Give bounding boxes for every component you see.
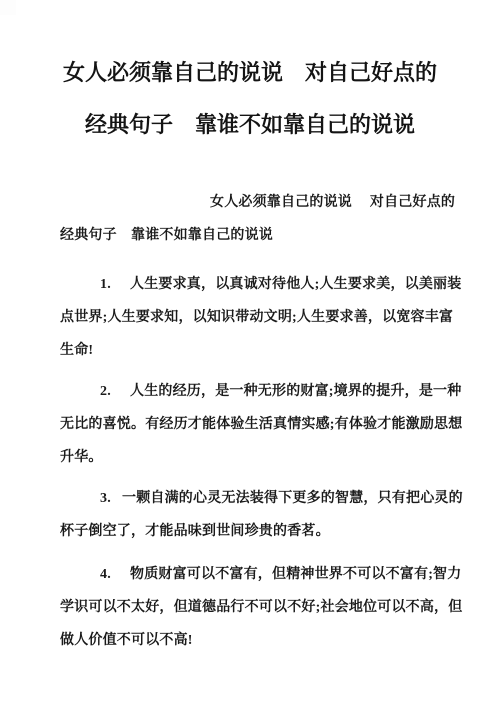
list-item-3-line-2: 杯子倒空了，才能品味到世间珍贵的香茗。 — [60, 515, 450, 548]
list-item-1-marker: 1. — [100, 268, 130, 301]
list-item-1: 1.人生要求真，以真诚对待他人;人生要求美，以美丽装 点世界;人生要求知，以知识… — [60, 268, 450, 367]
list-item-3-line-1: 3.一颗自满的心灵无法装得下更多的智慧，只有把心灵的 — [60, 482, 450, 515]
list-item-1-text: 人生要求真，以真诚对待他人;人生要求美，以美丽装 — [130, 277, 461, 292]
list-item-2-line-3: 升华。 — [60, 441, 450, 474]
list-item-4-marker: 4. — [100, 558, 130, 591]
list-item-3-text: 一颗自满的心灵无法装得下更多的智慧，只有把心灵的 — [122, 491, 463, 506]
corner-artifact — [0, 0, 16, 15]
document-body: 女人必须靠自己的说说 对自己好点的 经典句子 靠谁不如靠自己的说说 1.人生要求… — [0, 186, 500, 657]
list-item-2-marker: 2. — [100, 375, 130, 408]
list-item-3: 3.一颗自满的心灵无法装得下更多的智慧，只有把心灵的 杯子倒空了，才能品味到世间… — [60, 482, 450, 548]
list-item-1-line-1: 1.人生要求真，以真诚对待他人;人生要求美，以美丽装 — [60, 268, 450, 301]
title-line-2: 经典句子 靠谁不如靠自己的说说 — [0, 99, 500, 151]
list-item-4-line-2: 学识可以不太好，但道德品行不可以不好;社会地位可以不高，但 — [60, 591, 450, 624]
document-page: 女人必须靠自己的说说 对自己好点的 经典句子 靠谁不如靠自己的说说 女人必须靠自… — [0, 0, 500, 707]
subtitle-paragraph: 女人必须靠自己的说说 对自己好点的 经典句子 靠谁不如靠自己的说说 — [60, 186, 450, 252]
list-item-2-line-2: 无比的喜悦。有经历才能体验生活真情实感;有体验才能激励思想 — [60, 408, 450, 441]
list-item-2-line-1: 2.人生的经历，是一种无形的财富;境界的提升，是一种 — [60, 375, 450, 408]
list-item-2-text: 人生的经历，是一种无形的财富;境界的提升，是一种 — [130, 384, 461, 399]
page-title: 女人必须靠自己的说说 对自己好点的 经典句子 靠谁不如靠自己的说说 — [0, 0, 500, 151]
list-item-4-line-3: 做人价值不可以不高! — [60, 624, 450, 657]
list-item-4-text: 物质财富可以不富有，但精神世界不可以不富有;智力 — [130, 567, 461, 582]
list-item-1-line-3: 生命! — [60, 334, 450, 367]
list-item-1-line-2: 点世界;人生要求知，以知识带动文明;人生要求善，以宽容丰富 — [60, 301, 450, 334]
subtitle-line-2: 经典句子 靠谁不如靠自己的说说 — [60, 219, 450, 252]
title-line-1: 女人必须靠自己的说说 对自己好点的 — [0, 47, 500, 99]
list-item-3-marker: 3. — [100, 482, 122, 515]
list-item-2: 2.人生的经历，是一种无形的财富;境界的提升，是一种 无比的喜悦。有经历才能体验… — [60, 375, 450, 474]
list-item-4-line-1: 4.物质财富可以不富有，但精神世界不可以不富有;智力 — [60, 558, 450, 591]
list-item-4: 4.物质财富可以不富有，但精神世界不可以不富有;智力 学识可以不太好，但道德品行… — [60, 558, 450, 657]
subtitle-line-1: 女人必须靠自己的说说 对自己好点的 — [60, 186, 450, 219]
